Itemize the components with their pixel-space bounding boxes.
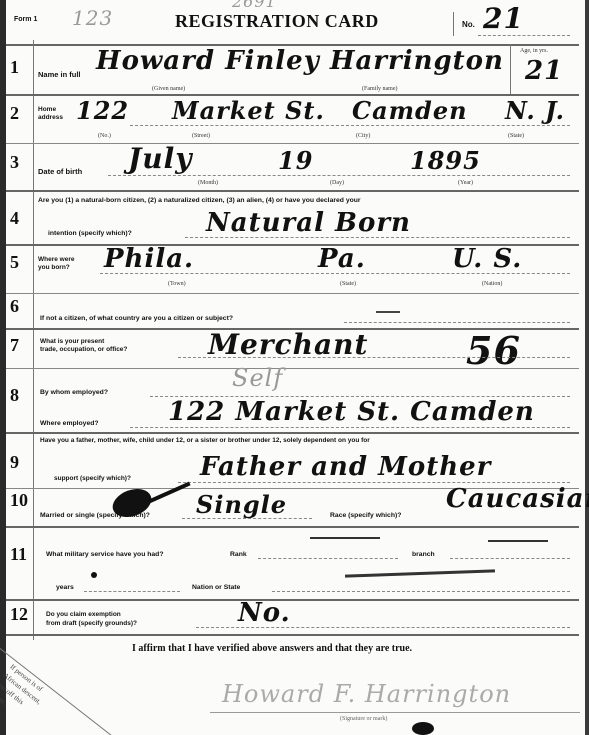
row-number: 7 — [10, 335, 19, 356]
branch-label: branch — [412, 550, 435, 559]
signature-label: (Signature or mark) — [340, 716, 387, 722]
card-right-edge — [585, 0, 589, 735]
dependents-question: Have you a father, mother, wife, child u… — [40, 436, 370, 445]
name-label: Name in full — [38, 70, 81, 79]
citizenship-question-line2: intention (specify which)? — [48, 229, 132, 238]
corner-tear-off: If person is of African descent, tear of… — [0, 640, 130, 735]
row-number: 10 — [10, 490, 28, 511]
row-number: 3 — [10, 152, 19, 173]
employment-place-label: Where employed? — [40, 419, 99, 428]
month-sublabel: (Month) — [198, 180, 218, 186]
age-label: Age, in yrs. — [520, 48, 548, 54]
dob-day: 19 — [278, 146, 313, 175]
city-sublabel: (City) — [356, 133, 370, 139]
row-number: 8 — [10, 385, 19, 406]
row-number: 9 — [10, 452, 19, 473]
citizenship-value: Natural Born — [206, 208, 411, 238]
years-label: years — [56, 583, 74, 592]
card-number: 21 — [483, 2, 524, 35]
dob-month: July — [128, 142, 193, 175]
birth-nation: U. S. — [452, 244, 522, 274]
row-number: 2 — [10, 103, 19, 124]
form-label: Form 1 — [14, 16, 37, 23]
dependents-value: Father and Mother — [200, 452, 491, 482]
row-number: 11 — [10, 544, 27, 565]
military-service-label: What military service have you had? — [46, 550, 163, 559]
number-column-divider — [33, 40, 34, 640]
family-name-sublabel: (Family name) — [362, 86, 398, 92]
age-value: 21 — [525, 56, 563, 86]
state-sublabel: (State) — [508, 133, 524, 139]
employer-label: By whom employed? — [40, 388, 108, 397]
nation-sublabel: (Nation) — [482, 281, 502, 287]
serial-pencil: 123 — [72, 6, 113, 30]
occupation-label: What is your presenttrade, occupation, o… — [40, 338, 127, 354]
address-city: Camden — [352, 96, 468, 125]
exemption-label: Do you claim exemptionfrom draft (specif… — [46, 610, 137, 628]
ink-dot — [91, 572, 97, 578]
employer-value: Self — [232, 364, 283, 392]
no-label: No. — [462, 20, 475, 29]
pen-stroke — [345, 569, 495, 577]
dependents-question-line2: support (specify which)? — [54, 474, 131, 483]
card-title: REGISTRATION CARD — [175, 11, 379, 32]
citizenship-question: Are you (1) a natural-born citizen, (2) … — [38, 196, 361, 205]
row-number: 4 — [10, 208, 19, 229]
registration-card: Form 1 123 2691 REGISTRATION CARD No. 21… — [0, 0, 589, 735]
ink-blot — [412, 722, 434, 735]
rank-label: Rank — [230, 550, 247, 559]
dob-year: 1895 — [410, 146, 481, 175]
street-sublabel: (Street) — [192, 133, 210, 139]
race-label: Race (specify which)? — [330, 511, 401, 520]
no-sublabel: (No.) — [98, 133, 111, 139]
affirmation-text: I affirm that I have verified above answ… — [132, 643, 412, 654]
given-name-sublabel: (Given name) — [152, 86, 185, 92]
pen-stroke — [376, 311, 400, 313]
home-address-label: Homeaddress — [38, 106, 63, 122]
town-sublabel: (Town) — [168, 281, 186, 287]
name-value: Howard Finley Harrington — [96, 46, 504, 76]
nation-state-label: Nation or State — [192, 583, 240, 592]
header-divider — [453, 12, 454, 36]
birth-town: Phila. — [104, 244, 194, 274]
marital-status-value: Single — [196, 490, 287, 519]
corner-note: If person is of African descent, tear of… — [0, 662, 50, 725]
birth-state: Pa. — [318, 244, 366, 274]
exemption-value: No. — [238, 598, 291, 628]
foreign-citizenship-question: If not a citizen, of what country are yo… — [40, 314, 233, 323]
row-number: 5 — [10, 252, 19, 273]
state-sublabel: (State) — [340, 281, 356, 287]
top-pencil-number: 2691 — [232, 0, 277, 11]
address-street: Market St. — [172, 96, 325, 125]
row-number: 6 — [10, 296, 19, 317]
year-sublabel: (Year) — [458, 180, 473, 186]
address-number: 122 — [76, 96, 129, 125]
signature-line — [210, 712, 580, 713]
pen-stroke — [310, 537, 380, 539]
employment-place-value: 122 Market St. Camden — [168, 397, 535, 427]
pen-stroke — [488, 540, 548, 542]
signature: Howard F. Harrington — [222, 680, 511, 708]
address-state: N. J. — [505, 96, 565, 125]
row-number: 12 — [10, 604, 28, 625]
race-value: Caucasian — [446, 484, 589, 514]
occupation-annotation: 56 — [466, 328, 521, 373]
day-sublabel: (Day) — [330, 180, 344, 186]
birthplace-label: Where wereyou born? — [38, 256, 75, 272]
dob-label: Date of birth — [38, 167, 82, 176]
row-number: 1 — [10, 57, 19, 78]
